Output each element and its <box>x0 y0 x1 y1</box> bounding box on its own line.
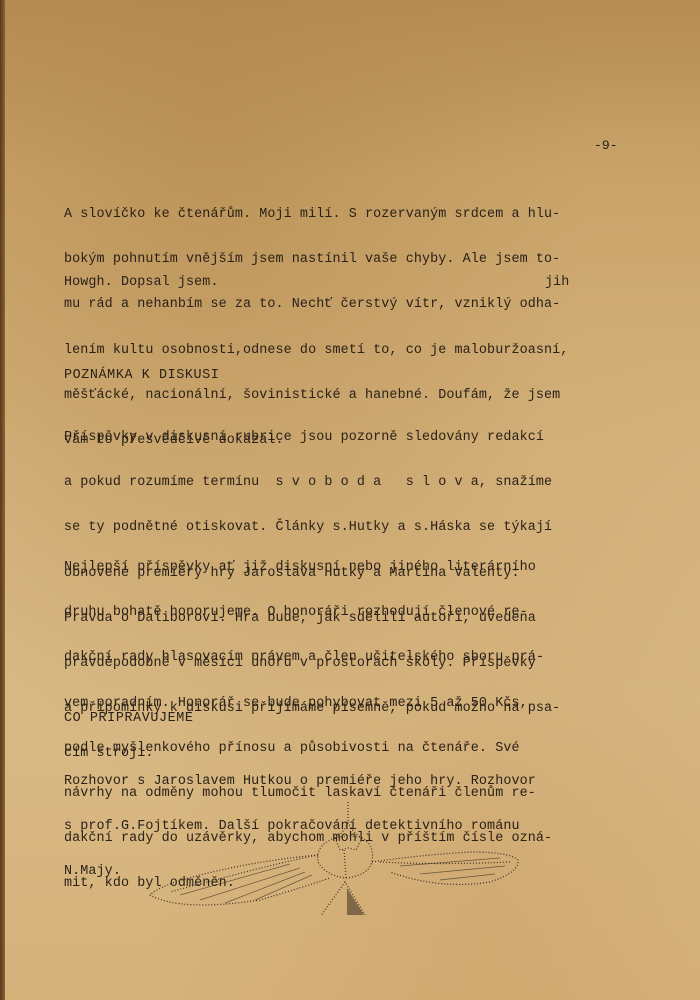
text-line: dakční rady hlasovacím právem a člen uči… <box>64 650 552 665</box>
signature: jih <box>545 275 569 290</box>
heading-discussion: POZNÁMKA K DISKUSI <box>64 368 219 383</box>
text-line: Příspěvky v diskusní rubrice jsou pozorn… <box>64 430 560 445</box>
text-line: Rozhovor s Jaroslavem Hutkou o premiéře … <box>64 774 536 789</box>
text-line: mu rád a nehanbím se za to. Nechť čerstv… <box>64 297 568 312</box>
heading-upcoming: CO PŘIPRAVUJEME <box>64 711 194 726</box>
text-line: a pokud rozumíme termínu s v o b o d a s… <box>64 475 560 490</box>
text-line: druhu bohatě honorujeme. O honoráři rozh… <box>64 605 552 620</box>
text-line: vem poradním. Honorář se bude pohybovat … <box>64 696 552 711</box>
text-line: lením kultu osobnosti,odnese do smetí to… <box>64 343 568 358</box>
signoff: Howgh. Dopsal jsem. <box>64 275 219 290</box>
text-line: bokým pohnutím vnějším jsem nastínil vaš… <box>64 252 568 267</box>
page-number: -9- <box>594 138 618 153</box>
page-edge-shadow <box>0 0 5 1000</box>
text-line: A slovíčko ke čtenářům. Moji milí. S roz… <box>64 207 568 222</box>
text-line: Nejlepší příspěvky ať již diskusní nebo … <box>64 560 552 575</box>
winged-seed-illustration <box>140 800 560 915</box>
